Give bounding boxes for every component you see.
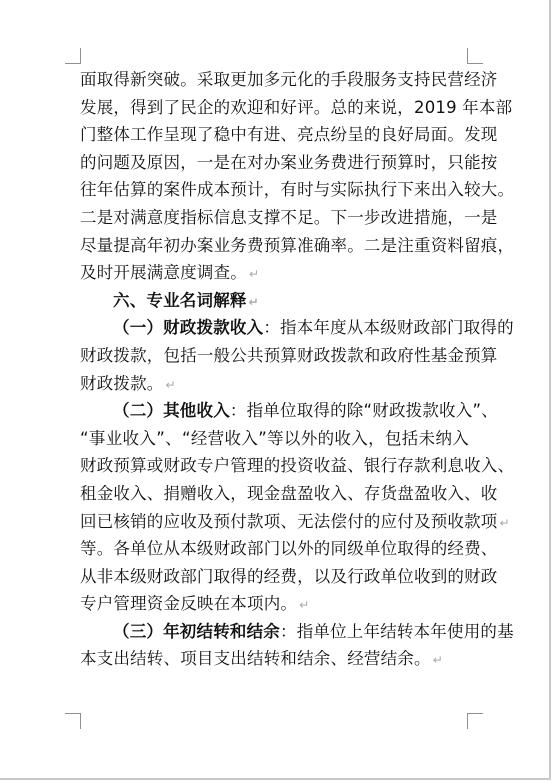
term-definition: （三）年初结转和结余：指单位上年结转本年使用的基 本支出结转、项目支出结转和结余… xyxy=(80,618,469,673)
text-segment: 本支出结转、项目支出结转和结余、经营结余。 xyxy=(80,649,431,668)
term-definition: （一）财政拨款收入：指本年度从本级财政部门取得的 财政拨款，包括一般公共预算财政… xyxy=(80,314,469,397)
document-page[interactable]: 面取得新突破。采取更加多元化的手段服务支持民营经济 发展，得到了民企的欢迎和好评… xyxy=(0,0,551,780)
section-heading: 六、专业名词解释↵ xyxy=(80,287,469,315)
text-line: 二是对满意度指标信息支撑不足。下一步改进措施，一是 xyxy=(80,204,469,232)
term-definition: （二）其他收入：指单位取得的除“财政拨款收入”、 “事业收入”、“经营收入”等以… xyxy=(80,397,469,618)
text-line-last: 专户管理资金反映在本项内。↵ xyxy=(80,590,469,618)
top-right-margin-mark xyxy=(467,48,483,64)
paragraph-mark-icon: ↵ xyxy=(249,267,259,281)
text-segment: 回已核销的应收及预付款项、无法偿付的应付及预收款项 xyxy=(80,512,498,531)
bottom-left-margin-mark xyxy=(65,713,81,729)
text-line: 回已核销的应收及预付款项、无法偿付的应付及预收款项↵ xyxy=(80,508,469,536)
paragraph-mark-icon: ↵ xyxy=(249,295,259,309)
text-line: 的问题及原因，一是在对办案业务费进行预算时，只能按 xyxy=(80,149,469,177)
document-body[interactable]: 面取得新突破。采取更加多元化的手段服务支持民营经济 发展，得到了民企的欢迎和好评… xyxy=(80,66,469,673)
term-text: ：指单位取得的除“财政拨款收入”、 xyxy=(230,401,498,420)
section-heading-text: 六、专业名词解释 xyxy=(113,291,247,310)
paragraph-summary: 面取得新突破。采取更加多元化的手段服务支持民营经济 发展，得到了民企的欢迎和好评… xyxy=(80,66,469,287)
text-line: 面取得新突破。采取更加多元化的手段服务支持民营经济 xyxy=(80,66,469,94)
paragraph-mark-icon: ↵ xyxy=(166,378,176,392)
text-line: 财政预算或财政专户管理的投资收益、银行存款利息收入、 xyxy=(80,452,469,480)
text-line: “事业收入”、“经营收入”等以外的收入，包括未纳入 xyxy=(80,425,469,453)
text-line: 尽量提高年初办案业务费预算准确率。二是注重资料留痕， xyxy=(80,232,469,260)
paragraph-mark-icon: ↵ xyxy=(299,598,309,612)
top-left-margin-mark xyxy=(65,48,81,64)
text-line-last: 本支出结转、项目支出结转和结余、经营结余。↵ xyxy=(80,645,469,673)
bottom-right-margin-mark xyxy=(467,713,483,729)
text-segment: 及时开展满意度调查。 xyxy=(80,263,247,282)
text-line: 租金收入、捐赠收入，现金盘盈收入、存货盘盈收入、收 xyxy=(80,480,469,508)
text-line: 等。各单位从本级财政部门以外的同级单位取得的经费、 xyxy=(80,535,469,563)
text-line-last: 财政拨款。↵ xyxy=(80,370,469,398)
line-break-mark-icon: ↵ xyxy=(500,516,510,530)
term-first-line: （一）财政拨款收入：指本年度从本级财政部门取得的 xyxy=(80,314,469,342)
term-label: （二）其他收入 xyxy=(113,401,230,420)
term-label: （三）年初结转和结余 xyxy=(113,622,280,641)
term-first-line: （三）年初结转和结余：指单位上年结转本年使用的基 xyxy=(80,618,469,646)
text-line: 门整体工作呈现了稳中有进、亮点纷呈的良好局面。发现 xyxy=(80,121,469,149)
text-line: 从非本级财政部门取得的经费，以及行政单位收到的财政 xyxy=(80,563,469,591)
paragraph-mark-icon: ↵ xyxy=(433,653,443,667)
term-text: ：指单位上年结转本年使用的基 xyxy=(280,622,514,641)
text-line: 财政拨款，包括一般公共预算财政拨款和政府性基金预算 xyxy=(80,342,469,370)
text-line: 发展，得到了民企的欢迎和好评。总的来说，2019 年本部 xyxy=(80,94,469,122)
text-line-last: 及时开展满意度调查。↵ xyxy=(80,259,469,287)
text-segment: 专户管理资金反映在本项内。 xyxy=(80,594,297,613)
term-first-line: （二）其他收入：指单位取得的除“财政拨款收入”、 xyxy=(80,397,469,425)
text-line: 往年估算的案件成本预计，有时与实际执行下来出入较大。 xyxy=(80,176,469,204)
text-segment: 财政拨款。 xyxy=(80,374,164,393)
term-text: ：指本年度从本级财政部门取得的 xyxy=(263,318,514,337)
term-label: （一）财政拨款收入 xyxy=(113,318,263,337)
